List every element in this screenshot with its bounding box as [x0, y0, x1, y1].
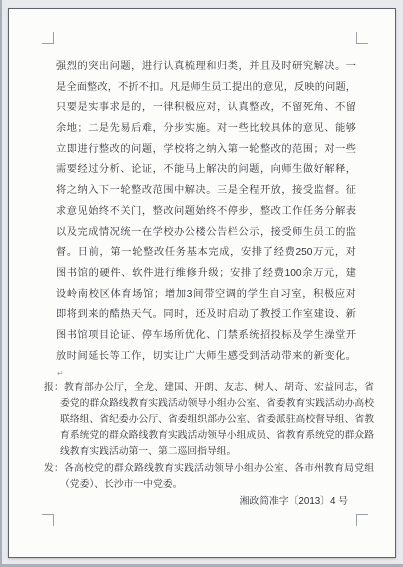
- body-line: 需要经过分析、论证，不能马上解决的问题，向师生做好解释，: [56, 160, 356, 181]
- body-line: 立即进行整改的问题，学校将之纳入第一轮整改的范围；对一些: [56, 140, 356, 161]
- body-line: 图书馆的硬件、软件进行维修升级；安排了经费100余万元，建: [56, 264, 356, 285]
- distribute-label: 发：: [44, 463, 64, 474]
- window-background: 强烈的突出问题，进行认真梳理和归类，并且及时研究解决。一 是全面整改，不折不扣。…: [0, 0, 403, 567]
- margin-crop-mark-top-right: [356, 32, 368, 44]
- body-line: 督。日前，第一轮整改任务基本完成，安排了经费250万元，对: [56, 243, 356, 264]
- document-approval-number: 湘政简准字〔2013〕4 号: [44, 494, 374, 510]
- body-line: 强烈的突出问题，进行认真梳理和归类，并且及时研究解决。一: [56, 57, 356, 78]
- body-line: 即将到来的酷热天气。同时，还及时启动了教授工作室建设、新: [56, 305, 356, 326]
- body-line: 设岭南校区体育场馆；增加3间带空调的学生自习室，积极应对: [56, 285, 356, 306]
- window-left-edge: [0, 0, 2, 567]
- body-line: 是全面整改，不折不扣。凡是师生员工提出的意见，反映的问题，: [56, 78, 356, 99]
- body-line: 求意见始终不关门，整改问题始终不停步，整改工作任务分解表: [56, 202, 356, 223]
- body-line: 图书馆项目论证、停车场所优化、门禁系统招投标及学生澡堂开: [56, 326, 356, 347]
- distribution-notes-section: 报：教育部办公厅，全龙、建国、开朗、友志、树人、胡奇、宏益同志，省委党的群众路线…: [44, 380, 374, 510]
- report-recipients-text: 教育部办公厅，全龙、建国、开朗、友志、树人、胡奇、宏益同志，省委党的群众路线教育…: [60, 382, 374, 457]
- body-line: 将之纳入下一轮整改范围中解决。三是全程开放，接受监督。征: [56, 181, 356, 202]
- body-line: 余地；二是先易后难，分步实施。对一些比较具体的意见、能够: [56, 119, 356, 140]
- body-line: 以及完成情况统一在学校办公楼公告栏公示，接受师生员工的监: [56, 223, 356, 244]
- margin-crop-mark-bottom-right: [356, 514, 368, 526]
- report-label: 报：: [44, 382, 64, 393]
- body-line: 放时间延长等工作，切实让广大师生感受到活动带来的新变化。: [56, 347, 356, 368]
- paragraph-mark-icon: ↵: [57, 369, 64, 379]
- body-paragraph: 强烈的突出问题，进行认真梳理和归类，并且及时研究解决。一 是全面整改，不折不扣。…: [56, 57, 356, 367]
- distribute-recipients-text: 各高校党的群众路线教育实践活动领导小组办公室、各市州教育局党组（党委）、长沙市一…: [60, 463, 374, 490]
- document-page[interactable]: 强烈的突出问题，进行认真梳理和归类，并且及时研究解决。一 是全面整改，不折不扣。…: [8, 8, 396, 558]
- body-line: 只要是实事求是的，一律积极应对，认真整改，不留死角、不留: [56, 98, 356, 119]
- margin-crop-mark-top-left: [42, 32, 54, 44]
- distribute-recipients-line: 发：各高校党的群众路线教育实践活动领导小组办公室、各市州教育局党组（党委）、长沙…: [44, 461, 374, 493]
- report-recipients-line: 报：教育部办公厅，全龙、建国、开朗、友志、树人、胡奇、宏益同志，省委党的群众路线…: [44, 380, 374, 460]
- margin-crop-mark-bottom-left: [42, 514, 54, 526]
